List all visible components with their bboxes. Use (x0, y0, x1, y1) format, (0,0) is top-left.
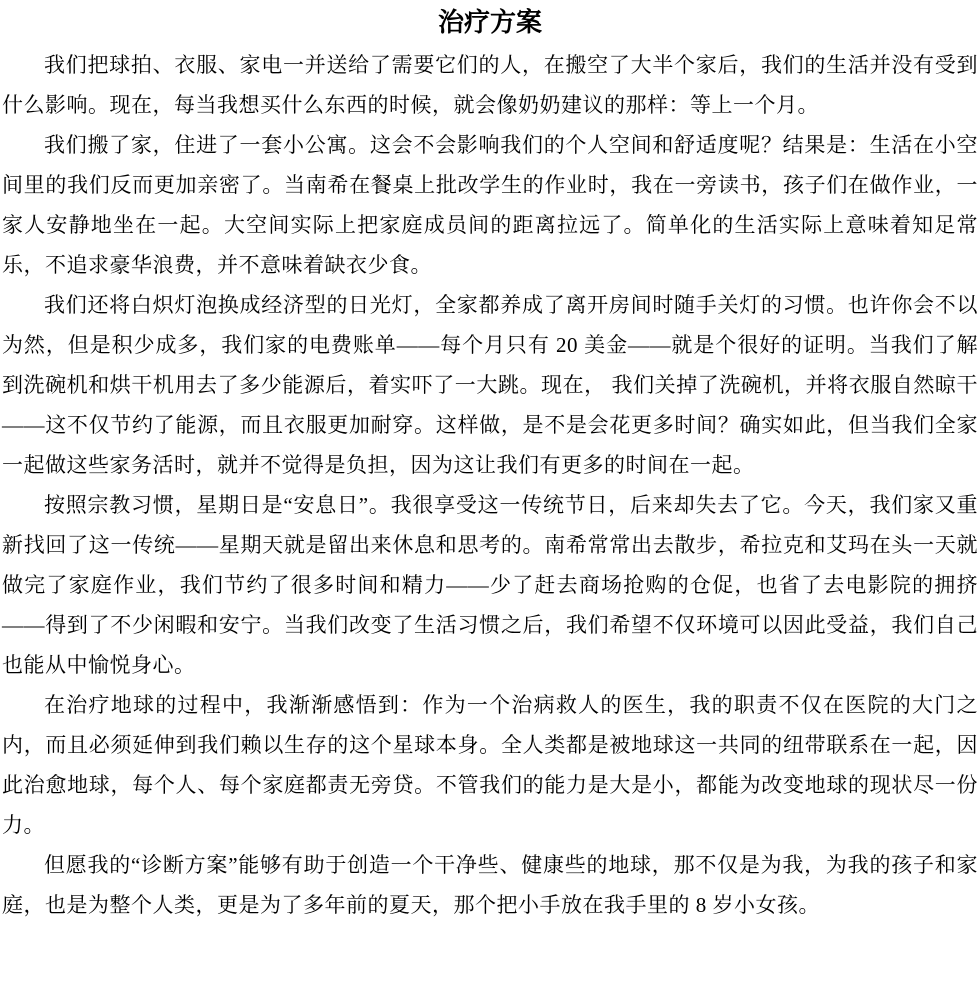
page-title: 治疗方案 (2, 6, 978, 38)
paragraph-2: 我们搬了家，住进了一套小公寓。这会不会影响我们的个人空间和舒适度呢？结果是：生活… (2, 125, 978, 285)
document-page: 治疗方案 我们把球拍、衣服、家电一并送给了需要它们的人，在搬空了大半个家后，我们… (0, 0, 980, 1005)
paragraph-6: 但愿我的“诊断方案”能够有助于创造一个干净些、健康些的地球，那不仅是为我，为我的… (2, 845, 978, 925)
paragraph-3: 我们还将白炽灯泡换成经济型的日光灯，全家都养成了离开房间时随手关灯的习惯。也许你… (2, 285, 978, 485)
paragraph-5: 在治疗地球的过程中，我渐渐感悟到：作为一个治病救人的医生，我的职责不仅在医院的大… (2, 685, 978, 845)
paragraph-1: 我们把球拍、衣服、家电一并送给了需要它们的人，在搬空了大半个家后，我们的生活并没… (2, 45, 978, 125)
paragraph-4: 按照宗教习惯，星期日是“安息日”。我很享受这一传统节日，后来却失去了它。今天，我… (2, 485, 978, 685)
